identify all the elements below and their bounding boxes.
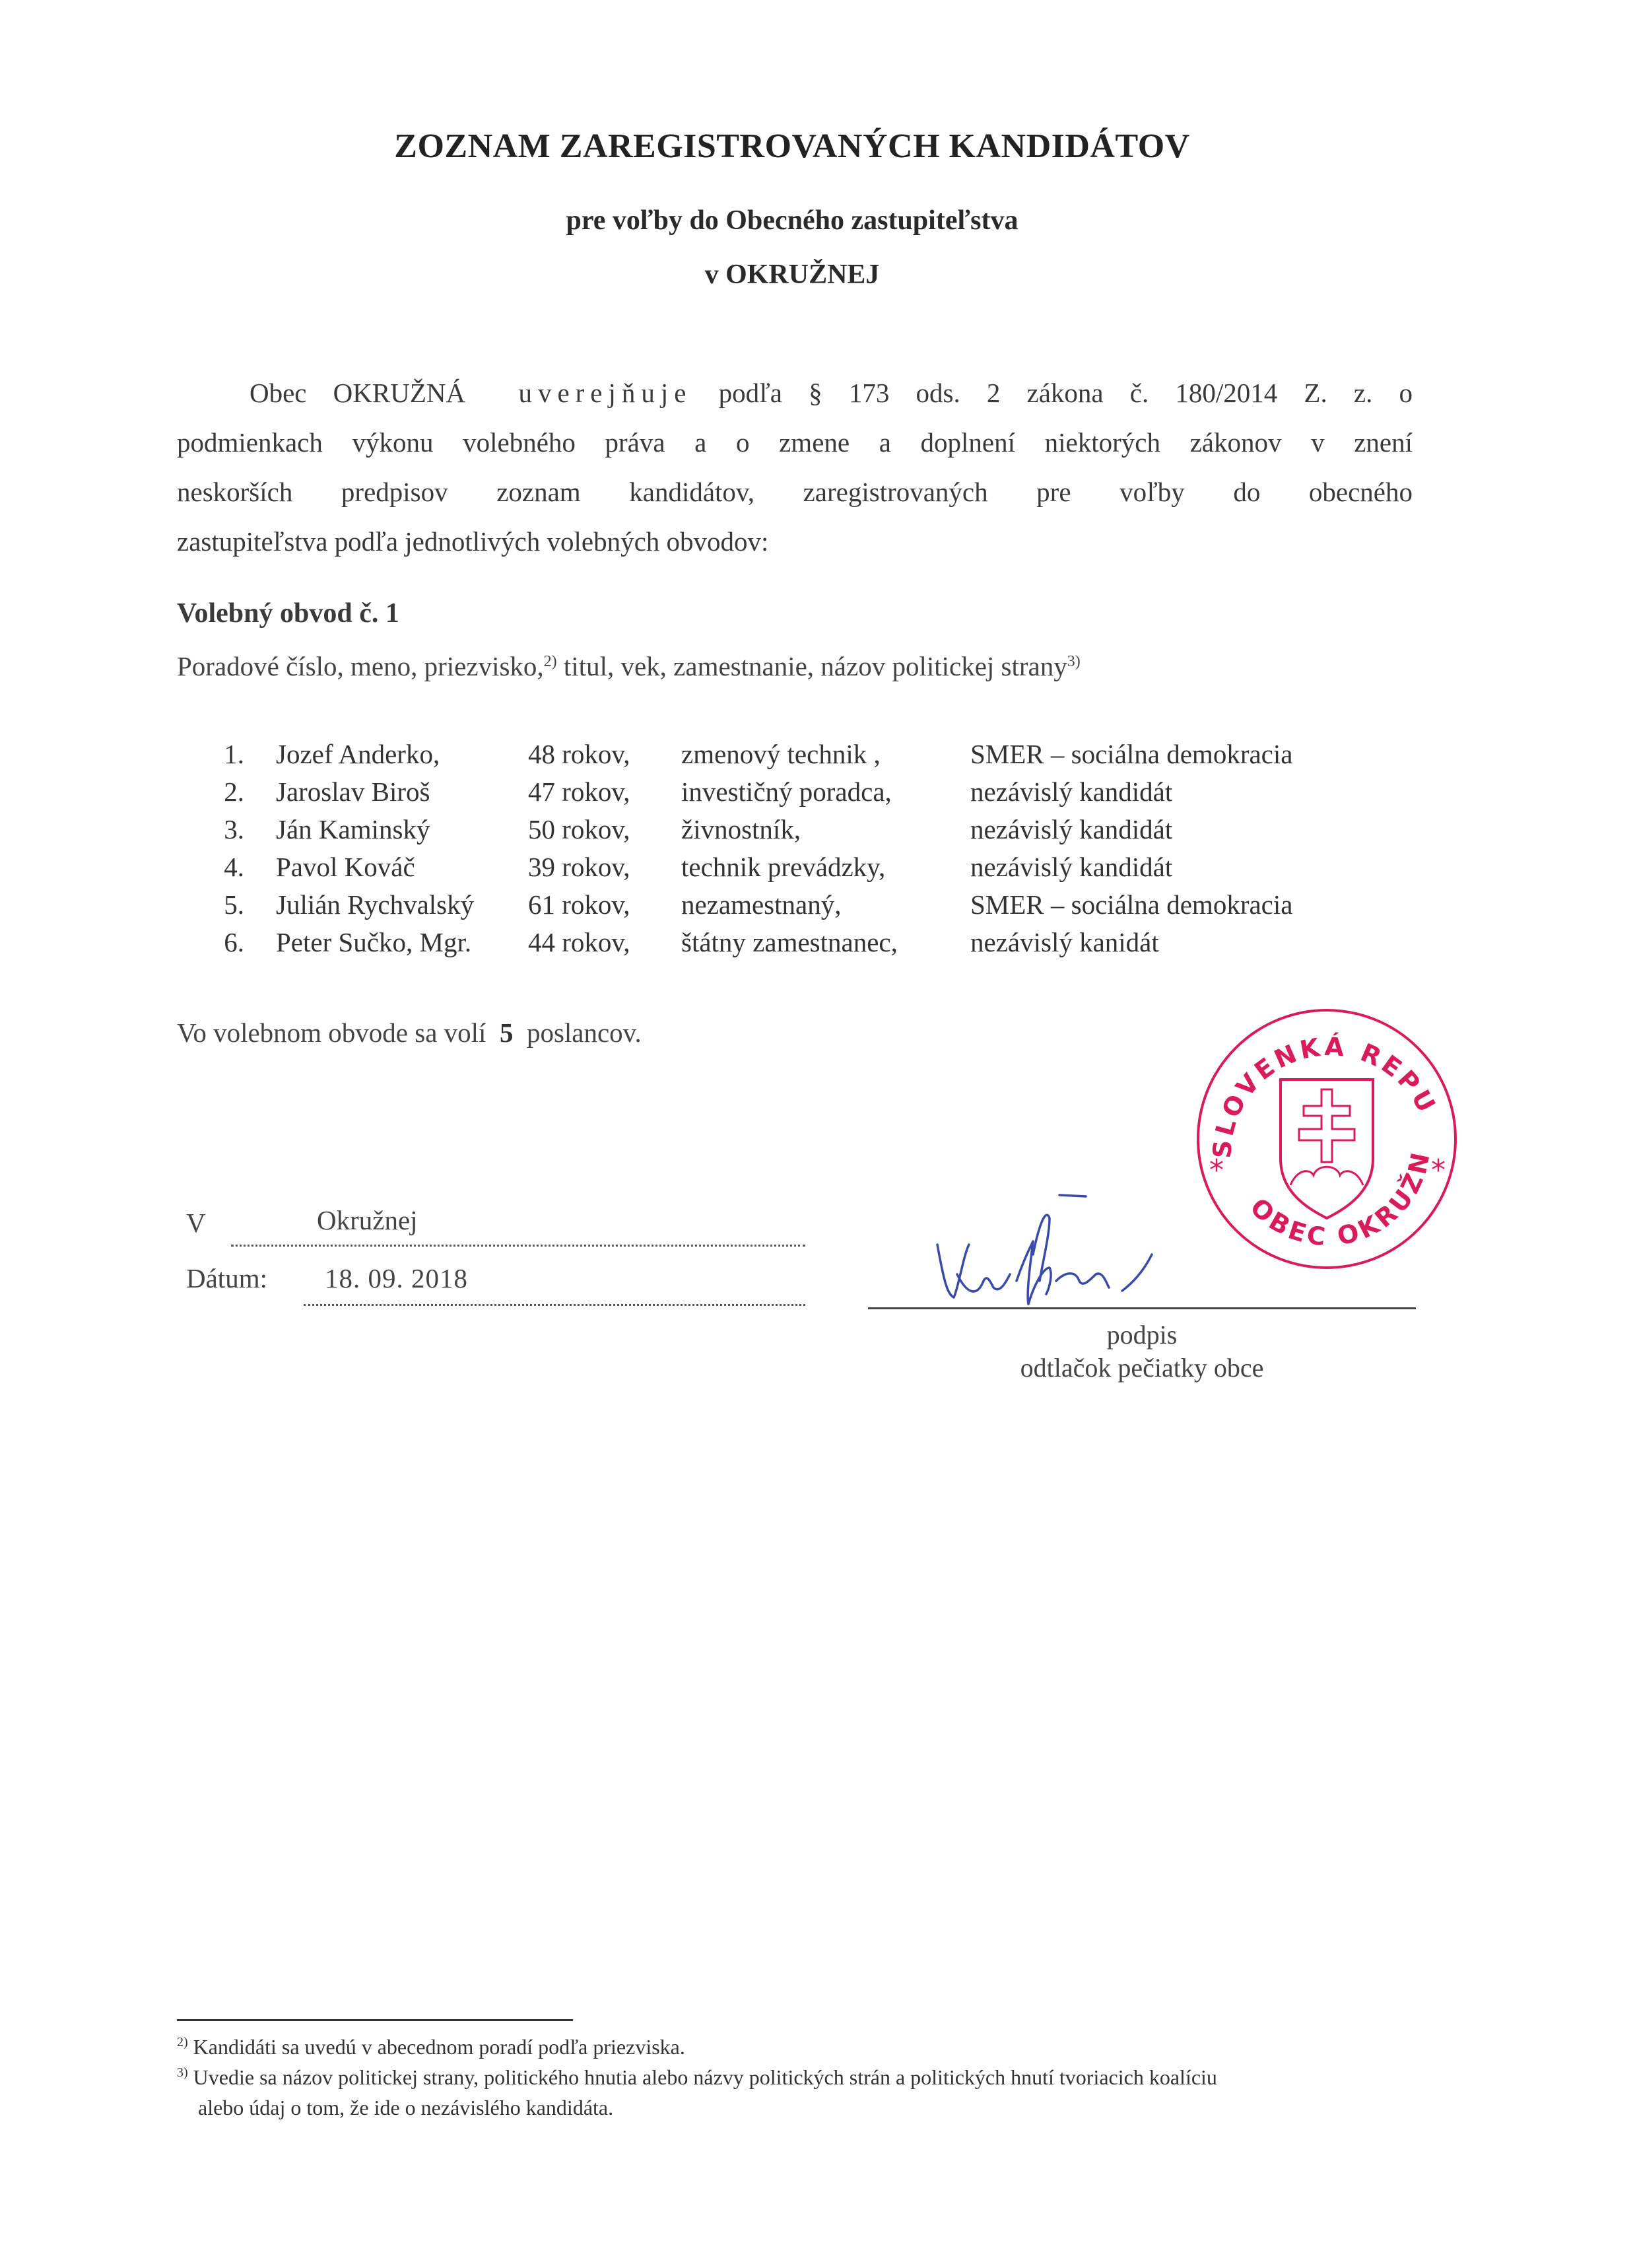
candidate-name: Jozef Anderko, <box>276 738 440 770</box>
place-value: Okružnej <box>317 1204 418 1236</box>
candidate-number: 6. <box>198 926 244 958</box>
intro-line-1: Obec OKRUŽNÁ uverejňuje podľa § 173 ods.… <box>177 368 1413 418</box>
place-label: V <box>186 1207 206 1239</box>
candidate-occupation: živnostník, <box>681 813 801 845</box>
candidate-number: 1. <box>198 738 244 770</box>
footnote-2: 2) Kandidáti sa uvedú v abecednom poradí… <box>177 2035 685 2059</box>
candidate-number: 4. <box>198 851 244 883</box>
candidate-occupation: investičný poradca, <box>681 776 892 808</box>
candidate-number: 3. <box>198 813 244 845</box>
candidate-name: Pavol Kováč <box>276 851 415 883</box>
candidate-party: nezávislý kandidát <box>970 851 1172 883</box>
candidate-party: nezávislý kandidát <box>970 776 1172 808</box>
date-label: Dátum: <box>186 1262 267 1294</box>
candidate-occupation: technik prevádzky, <box>681 851 885 883</box>
columns-description: Poradové číslo, meno, priezvisko,2) titu… <box>177 650 1081 682</box>
document-title: ZOZNAM ZAREGISTROVANÝCH KANDIDÁTOV <box>0 127 1584 166</box>
stamp-label: odtlačok pečiatky obce <box>868 1352 1416 1383</box>
candidate-party: nezávislý kandidát <box>970 813 1172 845</box>
seats-count: 5 <box>500 1017 514 1048</box>
stamp-top-text: SLOVENKÁ REPUBLIKA <box>1182 994 1442 1159</box>
place-dotted-line <box>231 1245 805 1247</box>
candidate-occupation: nezamestnaný, <box>681 889 841 920</box>
signature-line <box>868 1307 1416 1309</box>
intro-line-4: zastupiteľstva podľa jednotlivých volebn… <box>177 517 1413 567</box>
candidate-number: 5. <box>198 889 244 920</box>
intro-paragraph: Obec OKRUŽNÁ uverejňuje podľa § 173 ods.… <box>177 368 1413 567</box>
seats-note: Vo volebnom obvode sa volí 5 poslancov. <box>177 1017 642 1048</box>
candidate-name: Peter Sučko, Mgr. <box>276 926 471 958</box>
municipality-heading: v OKRUŽNEJ <box>0 259 1584 291</box>
candidate-age: 61 rokov, <box>528 889 630 920</box>
candidate-age: 48 rokov, <box>528 738 630 770</box>
candidate-party: SMER – sociálna demokracia <box>970 738 1292 770</box>
candidate-name: Julián Rychvalský <box>276 889 474 920</box>
candidate-occupation: zmenový technik , <box>681 738 881 770</box>
candidate-age: 50 rokov, <box>528 813 630 845</box>
candidate-party: SMER – sociálna demokracia <box>970 889 1292 920</box>
date-value: 18. 09. 2018 <box>325 1262 468 1294</box>
signature-label: podpis <box>868 1319 1416 1350</box>
district-heading: Volebný obvod č. 1 <box>177 598 399 629</box>
candidate-age: 47 rokov, <box>528 776 630 808</box>
document-subtitle: pre voľby do Obecného zastupiteľstva <box>0 205 1584 236</box>
candidate-name: Ján Kaminský <box>276 813 430 845</box>
candidate-age: 44 rokov, <box>528 926 630 958</box>
intro-line-3: neskorších predpisov zoznam kandidátov, … <box>177 467 1413 517</box>
date-dotted-line <box>304 1304 805 1306</box>
candidate-name: Jaroslav Biroš <box>276 776 430 808</box>
footnote-3-continued: alebo údaj o tom, že ide o nezávislého k… <box>198 2096 613 2120</box>
footnote-separator <box>177 2019 573 2021</box>
stamp-star-left: * <box>1209 1153 1224 1187</box>
candidate-number: 2. <box>198 776 244 808</box>
candidate-age: 39 rokov, <box>528 851 630 883</box>
candidate-occupation: štátny zamestnanec, <box>681 926 898 958</box>
footnote-3: 3) Uvedie sa názov politickej strany, po… <box>177 2065 1217 2090</box>
intro-line-2: podmienkach výkonu volebného práva a o z… <box>177 418 1413 467</box>
candidate-party: nezávislý kanidát <box>970 926 1159 958</box>
municipal-stamp: SLOVENKÁ REPUBLIKA OBEC OKRUŽNÁ * * <box>1182 994 1472 1284</box>
svg-text:SLOVENKÁ REPUBLIKA: SLOVENKÁ REPUBLIKA <box>1182 994 1442 1159</box>
stamp-star-right: * <box>1431 1153 1446 1187</box>
